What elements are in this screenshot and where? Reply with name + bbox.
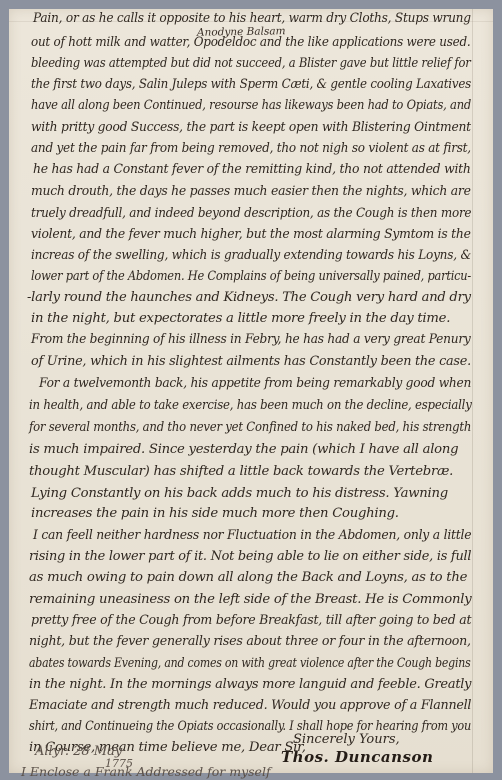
letter-signature: Thos. Duncanson: [281, 748, 433, 766]
letter-line-20: for several months, and tho never yet Co…: [29, 420, 471, 436]
letter-line-22: thought Muscular) has shifted a little b…: [29, 464, 453, 480]
letter-line-28: remaining uneasiness on the left side of…: [29, 592, 471, 608]
letter-line-19: in health, and able to take exercise, ha…: [29, 398, 472, 414]
letter-line-25: I can feell neither hardness nor Fluctua…: [33, 528, 471, 544]
letter-line-7: and yet the pain far from being removed,…: [31, 141, 471, 157]
letter-line-17: of Urine, which in his slightest ailment…: [31, 354, 471, 370]
letter-line-24: increases the pain in his side much more…: [31, 506, 399, 522]
letter-line-6: with pritty good Success, the part is ke…: [31, 120, 471, 136]
letter-line-26: rising in the lower part of it. Not bein…: [29, 549, 471, 565]
letter-line-5: have all along been Continued, resourse …: [31, 98, 471, 114]
letter-closing: Sincerely Yours,: [293, 732, 400, 747]
paper-fold-vertical: [472, 9, 473, 773]
letter-line-31: abates towards Evening, and comes on wit…: [29, 656, 470, 672]
letter-line-4: the first two days, Salin Juleps with Sp…: [31, 77, 471, 93]
letter-line-21: is much impaired. Since yesterday the pa…: [29, 442, 458, 458]
letter-line-2: out of hott milk and watter, Opodeldoc a…: [31, 35, 470, 51]
letter-line-12: increas of the swelling, which is gradua…: [31, 248, 471, 264]
letter-line-10: truely dreadfull, and indeed beyond desc…: [31, 206, 471, 222]
letter-line-13: lower part of the Abdomen. He Complains …: [31, 269, 471, 285]
letter-line-32: in the night. In the mornings always mor…: [29, 677, 471, 693]
letter-line-11: violent, and the fever much higher, but …: [31, 227, 471, 243]
letter-line-27: as much owing to pain down all along the…: [29, 570, 467, 586]
letter-line-23: Lying Constantly on his back adds much t…: [31, 486, 448, 502]
letter-line-1: Pain, or as he calls it opposite to his …: [33, 11, 471, 27]
letter-page: Anodyne Balsam Pain, or as he calls it o…: [9, 9, 493, 773]
letter-line-3: bleeding was attempted but did not succe…: [31, 56, 471, 72]
letter-line-14: -larly round the haunches and Kidneys. T…: [27, 290, 471, 306]
letter-line-33: Emaciate and strength much reduced. Woul…: [29, 698, 471, 714]
letter-line-8: he has had a Constant fever of the remit…: [33, 162, 471, 178]
letter-postscript: I Enclose a Frank Addressed for myself: [21, 764, 271, 779]
letter-line-9: much drouth, the days he passes much eas…: [31, 184, 471, 200]
letter-line-18: For a twelvemonth back, his appetite fro…: [39, 376, 471, 392]
letter-line-16: From the beginning of his illness in Feb…: [31, 332, 471, 348]
letter-line-29: pretty free of the Cough from before Bre…: [31, 613, 471, 629]
letter-line-15: in the night, but expectorates a little …: [31, 311, 450, 327]
letter-line-34: shirt, and Continueing the Opiats occasi…: [29, 719, 471, 735]
letter-line-30: night, but the fever generally rises abo…: [29, 634, 471, 650]
